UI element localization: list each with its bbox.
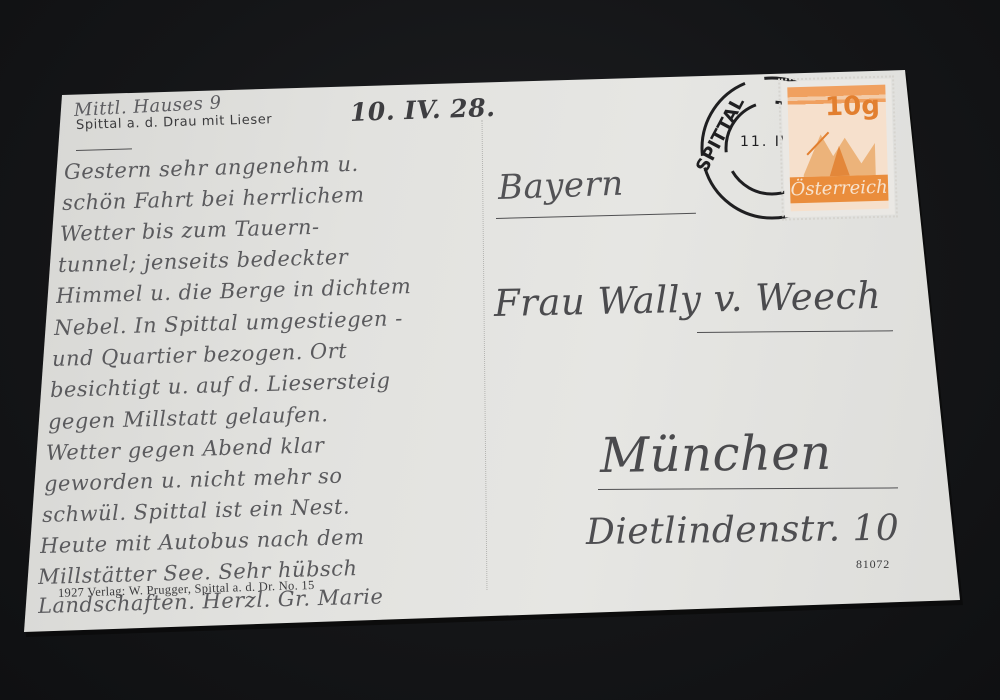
stamp-country: Österreich (790, 175, 889, 204)
message-line: und Quartier bezogen. Ort (52, 339, 348, 371)
message-line: schön Fahrt bei herrlichem (62, 183, 365, 215)
stamp-design: 10g Österreich (787, 85, 888, 212)
message-line: tunnel; jenseits bedeckter (58, 245, 349, 277)
message-line: Gestern sehr angenehm u. (64, 152, 359, 184)
message-line: schwül. Spittal ist ein Nest. (42, 494, 351, 527)
message-line: Nebel. In Spittal umgestiegen - (54, 306, 403, 340)
serial-number: 81072 (856, 557, 890, 572)
message-line: Heute mit Autobus nach dem (40, 525, 365, 558)
region-underline (496, 213, 696, 219)
message-line: Wetter bis zum Tauern- (60, 215, 320, 246)
message-line: Wetter gegen Abend klar (46, 433, 325, 465)
address-city: München (600, 425, 832, 484)
city-underline (598, 487, 898, 490)
message-line: Himmel u. die Berge in dichtem (56, 274, 412, 308)
message-line: besichtigt u. auf d. Liesersteig (50, 368, 391, 402)
stamp-mountain-scene-icon (798, 123, 880, 181)
address-street: Dietlindenstr. 10 (586, 508, 900, 553)
handwritten-date: 10. IV. 28. (349, 93, 495, 127)
postcard: Mittl. Hauses 9 10. IV. 28. Spittal a. d… (0, 0, 1000, 700)
message-line: gegen Millstatt gelaufen. (48, 402, 329, 434)
stamp-value: 10g (825, 91, 881, 123)
caption-underline (76, 148, 132, 151)
address-region: Bayern (497, 164, 624, 208)
message-line: geworden u. nicht mehr so (44, 464, 343, 496)
address-recipient: Frau Wally v. Weech (494, 274, 882, 325)
address-divider (482, 120, 488, 590)
postage-stamp: 10g Österreich (781, 78, 895, 217)
recipient-underline (697, 330, 893, 333)
